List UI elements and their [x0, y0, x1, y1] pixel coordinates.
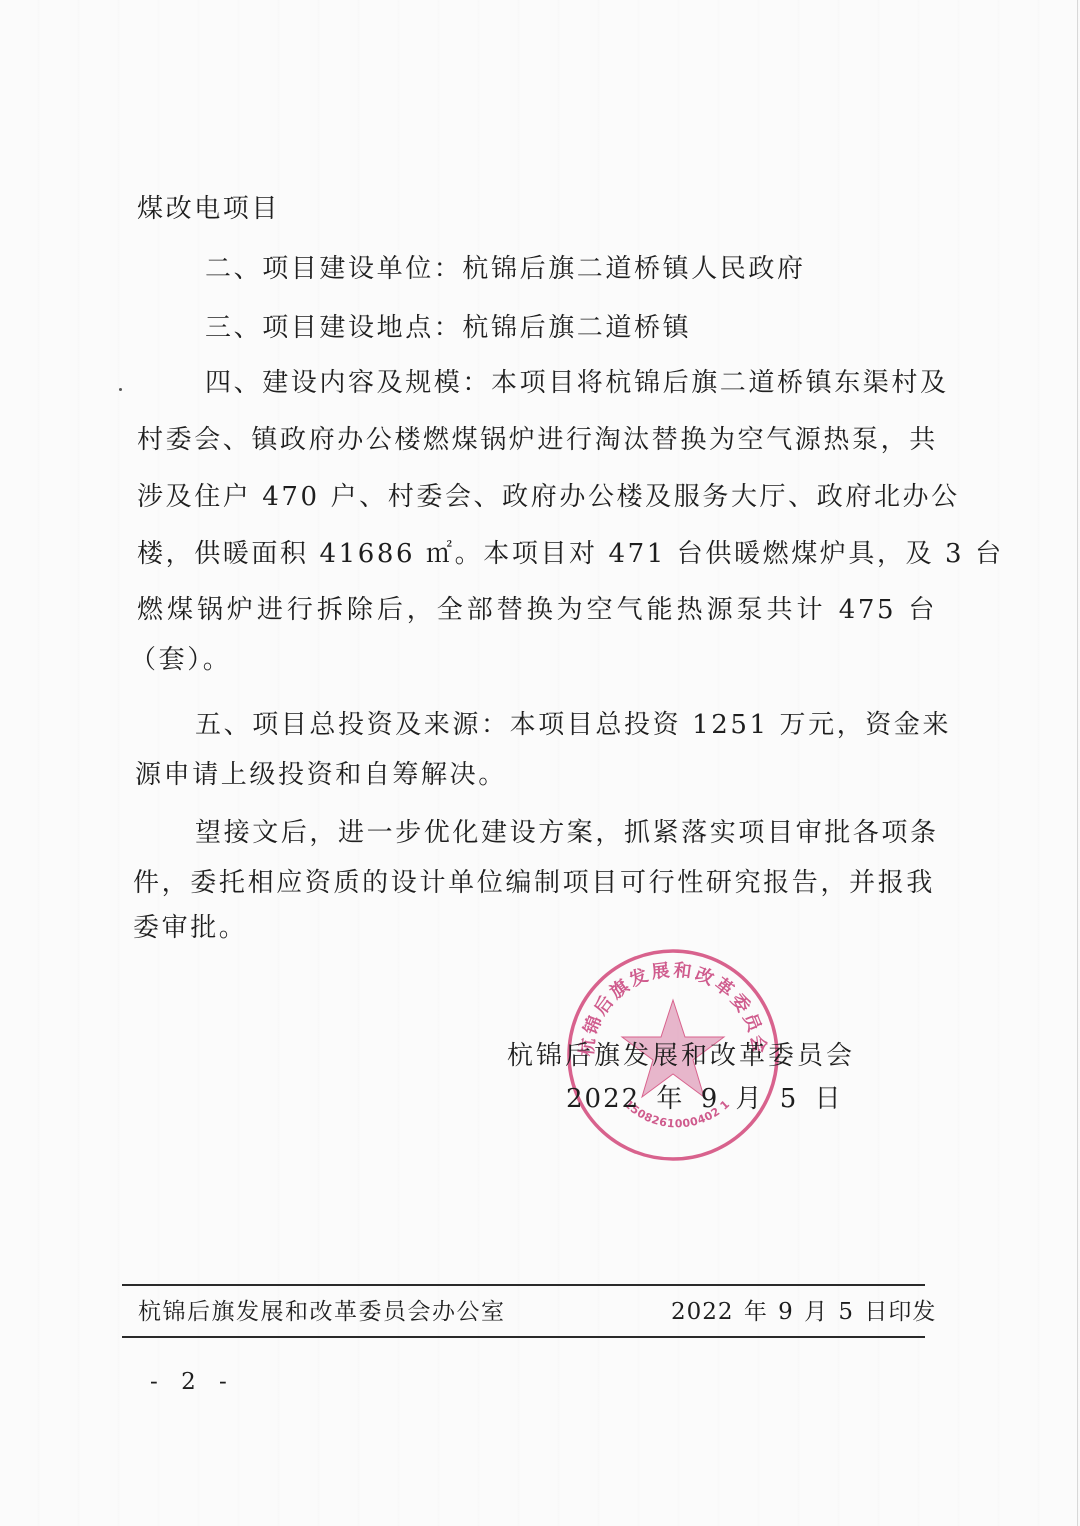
body-line-1: 煤改电项目: [137, 194, 947, 224]
body-line-2: 二、项目建设单位：杭锦后旗二道桥镇人民政府: [205, 254, 945, 284]
body-line-10: 五、项目总投资及来源：本项目总投资 1251 万元，资金来: [195, 710, 937, 740]
footer-issue-date: 2022 年 9 月 5 日印发: [671, 1298, 936, 1326]
body-line-12: 望接文后，进一步优化建设方案，抓紧落实项目审批各项条: [195, 818, 935, 848]
signature-organization: 杭锦后旗发展和改革委员会: [507, 1041, 855, 1071]
body-line-9: （套）。: [130, 645, 940, 675]
body-line-13: 件，委托相应资质的设计单位编制项目可行性研究报告，并报我: [133, 868, 935, 898]
body-line-3: 三、项目建设地点：杭锦后旗二道桥镇: [205, 313, 945, 343]
body-line-6: 涉及住户 470 户、村委会、政府办公楼及服务大厅、政府北办公: [137, 482, 937, 512]
page-edge: [1077, 0, 1078, 1526]
scan-speck: [119, 388, 122, 391]
signature-date: 2022 年 9 月 5 日: [566, 1084, 843, 1114]
footer-rule-bottom: [122, 1336, 925, 1338]
document-page: 煤改电项目 二、项目建设单位：杭锦后旗二道桥镇人民政府 三、项目建设地点：杭锦后…: [0, 0, 1080, 1526]
body-line-8: 燃煤锅炉进行拆除后，全部替换为空气能热源泵共计 475 台: [137, 595, 937, 625]
body-line-7: 楼，供暖面积 41686 ㎡。本项目对 471 台供暖燃煤炉具，及 3 台: [137, 539, 937, 569]
footer-rule-top: [122, 1284, 925, 1286]
body-line-5: 村委会、镇政府办公楼燃煤锅炉进行淘汰替换为空气源热泵，共: [137, 425, 937, 455]
body-line-14: 委审批。: [133, 913, 943, 943]
footer-issuer: 杭锦后旗发展和改革委员会办公室: [138, 1298, 506, 1326]
body-line-11: 源申请上级投资和自筹解决。: [135, 760, 945, 790]
body-line-4: 四、建设内容及规模：本项目将杭锦后旗二道桥镇东渠村及: [205, 368, 941, 398]
page-number: - 2 -: [150, 1368, 235, 1396]
